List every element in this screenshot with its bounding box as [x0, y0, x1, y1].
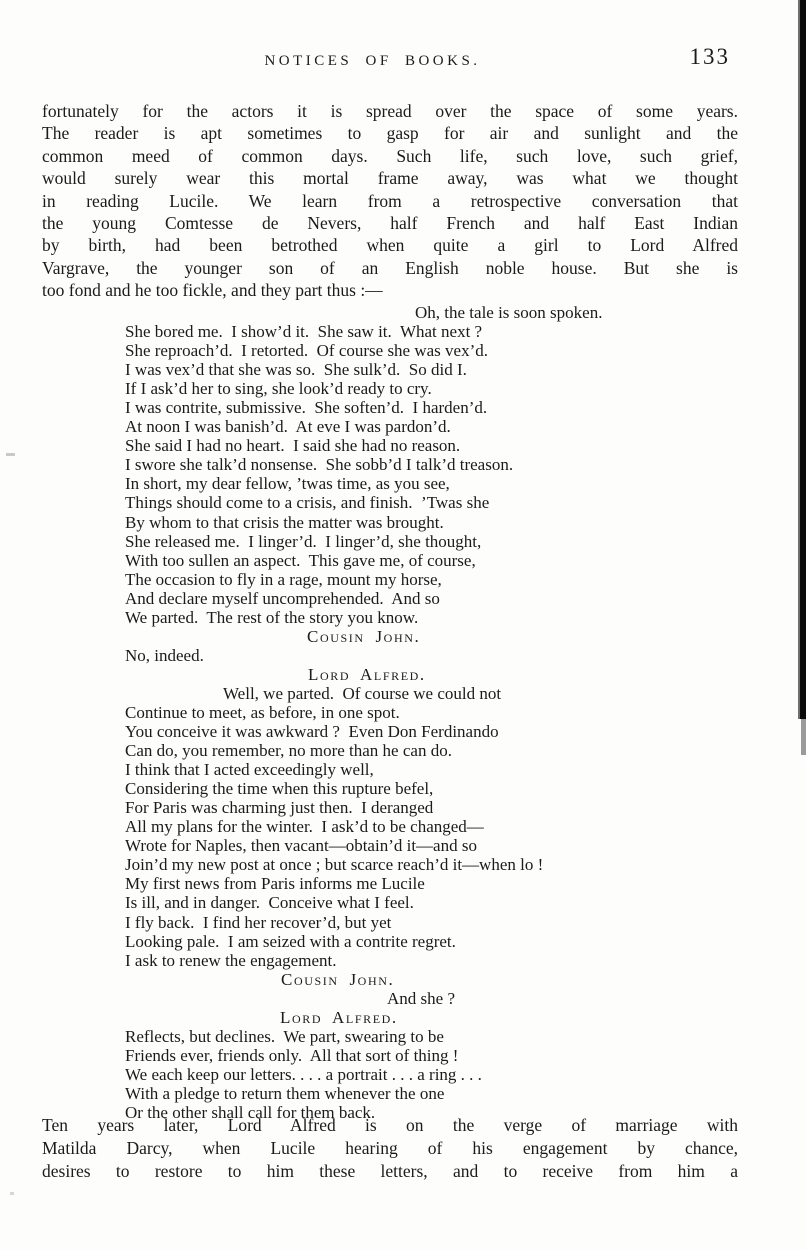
paragraph-line: by birth, had been betrothed when quite …	[42, 234, 738, 256]
verse-line: Considering the time when this rupture b…	[125, 779, 790, 798]
paragraph-line: Vargrave, the younger son of an English …	[42, 257, 738, 279]
intro-paragraph: fortunately for the actors it is spread …	[42, 100, 738, 302]
verse-line: In short, my dear fellow, ’twas time, as…	[125, 474, 790, 493]
paragraph-line: Matilda Darcy, when Lucile hearing of hi…	[42, 1137, 738, 1160]
running-header-title: NOTICES OF BOOKS.	[20, 53, 725, 70]
paragraph-line: in reading Lucile. We learn from a retro…	[42, 190, 738, 212]
verse-line: All my plans for the winter. I ask’d to …	[125, 817, 790, 836]
verse-line: She released me. I linger’d. I linger’d,…	[125, 532, 790, 551]
scan-edge-artifact-tail	[801, 719, 806, 755]
verse-line: With a pledge to return them whenever th…	[125, 1084, 790, 1103]
speaker-heading-cousin-john: Cousin John.	[281, 970, 790, 989]
verse-line: Can do, you remember, no more than he ca…	[125, 741, 790, 760]
verse-line: Reflects, but declines. We part, swearin…	[125, 1027, 790, 1046]
verse-line: And declare myself uncomprehended. And s…	[125, 589, 790, 608]
verse-line: Join’d my new post at once ; but scarce …	[125, 855, 790, 874]
verse-line: If I ask’d her to sing, she look’d ready…	[125, 379, 790, 398]
verse-line: I was vex’d that she was so. She sulk’d.…	[125, 360, 790, 379]
verse-line: She reproach’d. I retorted. Of course sh…	[125, 341, 790, 360]
verse-line: For Paris was charming just then. I dera…	[125, 798, 790, 817]
speaker-heading-lord-alfred: Lord Alfred.	[308, 665, 790, 684]
verse-line: And she ?	[387, 989, 790, 1008]
poem-quotation: Oh, the tale is soon spoken. She bored m…	[125, 303, 790, 1122]
speaker-heading-lord-alfred: Lord Alfred.	[280, 1008, 790, 1027]
scanned-book-page: NOTICES OF BOOKS. 133 fortunately for th…	[0, 0, 806, 1250]
verse-line: We parted. The rest of the story you kno…	[125, 608, 790, 627]
paragraph-line: desires to restore to him these letters,…	[42, 1160, 738, 1183]
paragraph-line: would surely wear this mortal frame away…	[42, 167, 738, 189]
verse-line: Continue to meet, as before, in one spot…	[125, 703, 790, 722]
verse-line: I fly back. I find her recover’d, but ye…	[125, 913, 790, 932]
closing-paragraph: Ten years later, Lord Alfred is on the v…	[42, 1114, 738, 1184]
paragraph-line: fortunately for the actors it is spread …	[42, 100, 738, 122]
verse-line: No, indeed.	[125, 646, 790, 665]
paragraph-line: too fond and he too fickle, and they par…	[42, 279, 738, 301]
verse-line: I was contrite, submissive. She soften’d…	[125, 398, 790, 417]
paragraph-line: Ten years later, Lord Alfred is on the v…	[42, 1114, 738, 1137]
scan-speck	[10, 1192, 14, 1195]
verse-line: I ask to renew the engagement.	[125, 951, 790, 970]
paragraph-line: the young Comtesse de Nevers, half Frenc…	[42, 212, 738, 234]
scan-edge-artifact	[798, 0, 806, 719]
verse-line: She said I had no heart. I said she had …	[125, 436, 790, 455]
verse-line: Friends ever, friends only. All that sor…	[125, 1046, 790, 1065]
verse-line: We each keep our letters. . . . a portra…	[125, 1065, 790, 1084]
verse-line: She bored me. I show’d it. She saw it. W…	[125, 322, 790, 341]
verse-line: With too sullen an aspect. This gave me,…	[125, 551, 790, 570]
verse-line: My first news from Paris informs me Luci…	[125, 874, 790, 893]
verse-line: Wrote for Naples, then vacant—obtain’d i…	[125, 836, 790, 855]
verse-line: Oh, the tale is soon spoken.	[415, 303, 790, 322]
verse-line: I think that I acted exceedingly well,	[125, 760, 790, 779]
page-number: 133	[688, 44, 730, 70]
verse-line: The occasion to fly in a rage, mount my …	[125, 570, 790, 589]
paragraph-line: common meed of common days. Such life, s…	[42, 145, 738, 167]
verse-line: At noon I was banish’d. At eve I was par…	[125, 417, 790, 436]
verse-line: By whom to that crisis the matter was br…	[125, 513, 790, 532]
verse-line: Things should come to a crisis, and fini…	[125, 493, 790, 512]
scan-speck	[6, 453, 15, 456]
verse-line: I swore she talk’d nonsense. She sobb’d …	[125, 455, 790, 474]
speaker-heading-cousin-john: Cousin John.	[307, 627, 790, 646]
verse-line: You conceive it was awkward ? Even Don F…	[125, 722, 790, 741]
verse-line: Well, we parted. Of course we could not	[223, 684, 790, 703]
verse-line: Is ill, and in danger. Conceive what I f…	[125, 893, 790, 912]
paragraph-line: The reader is apt sometimes to gasp for …	[42, 122, 738, 144]
verse-line: Looking pale. I am seized with a contrit…	[125, 932, 790, 951]
